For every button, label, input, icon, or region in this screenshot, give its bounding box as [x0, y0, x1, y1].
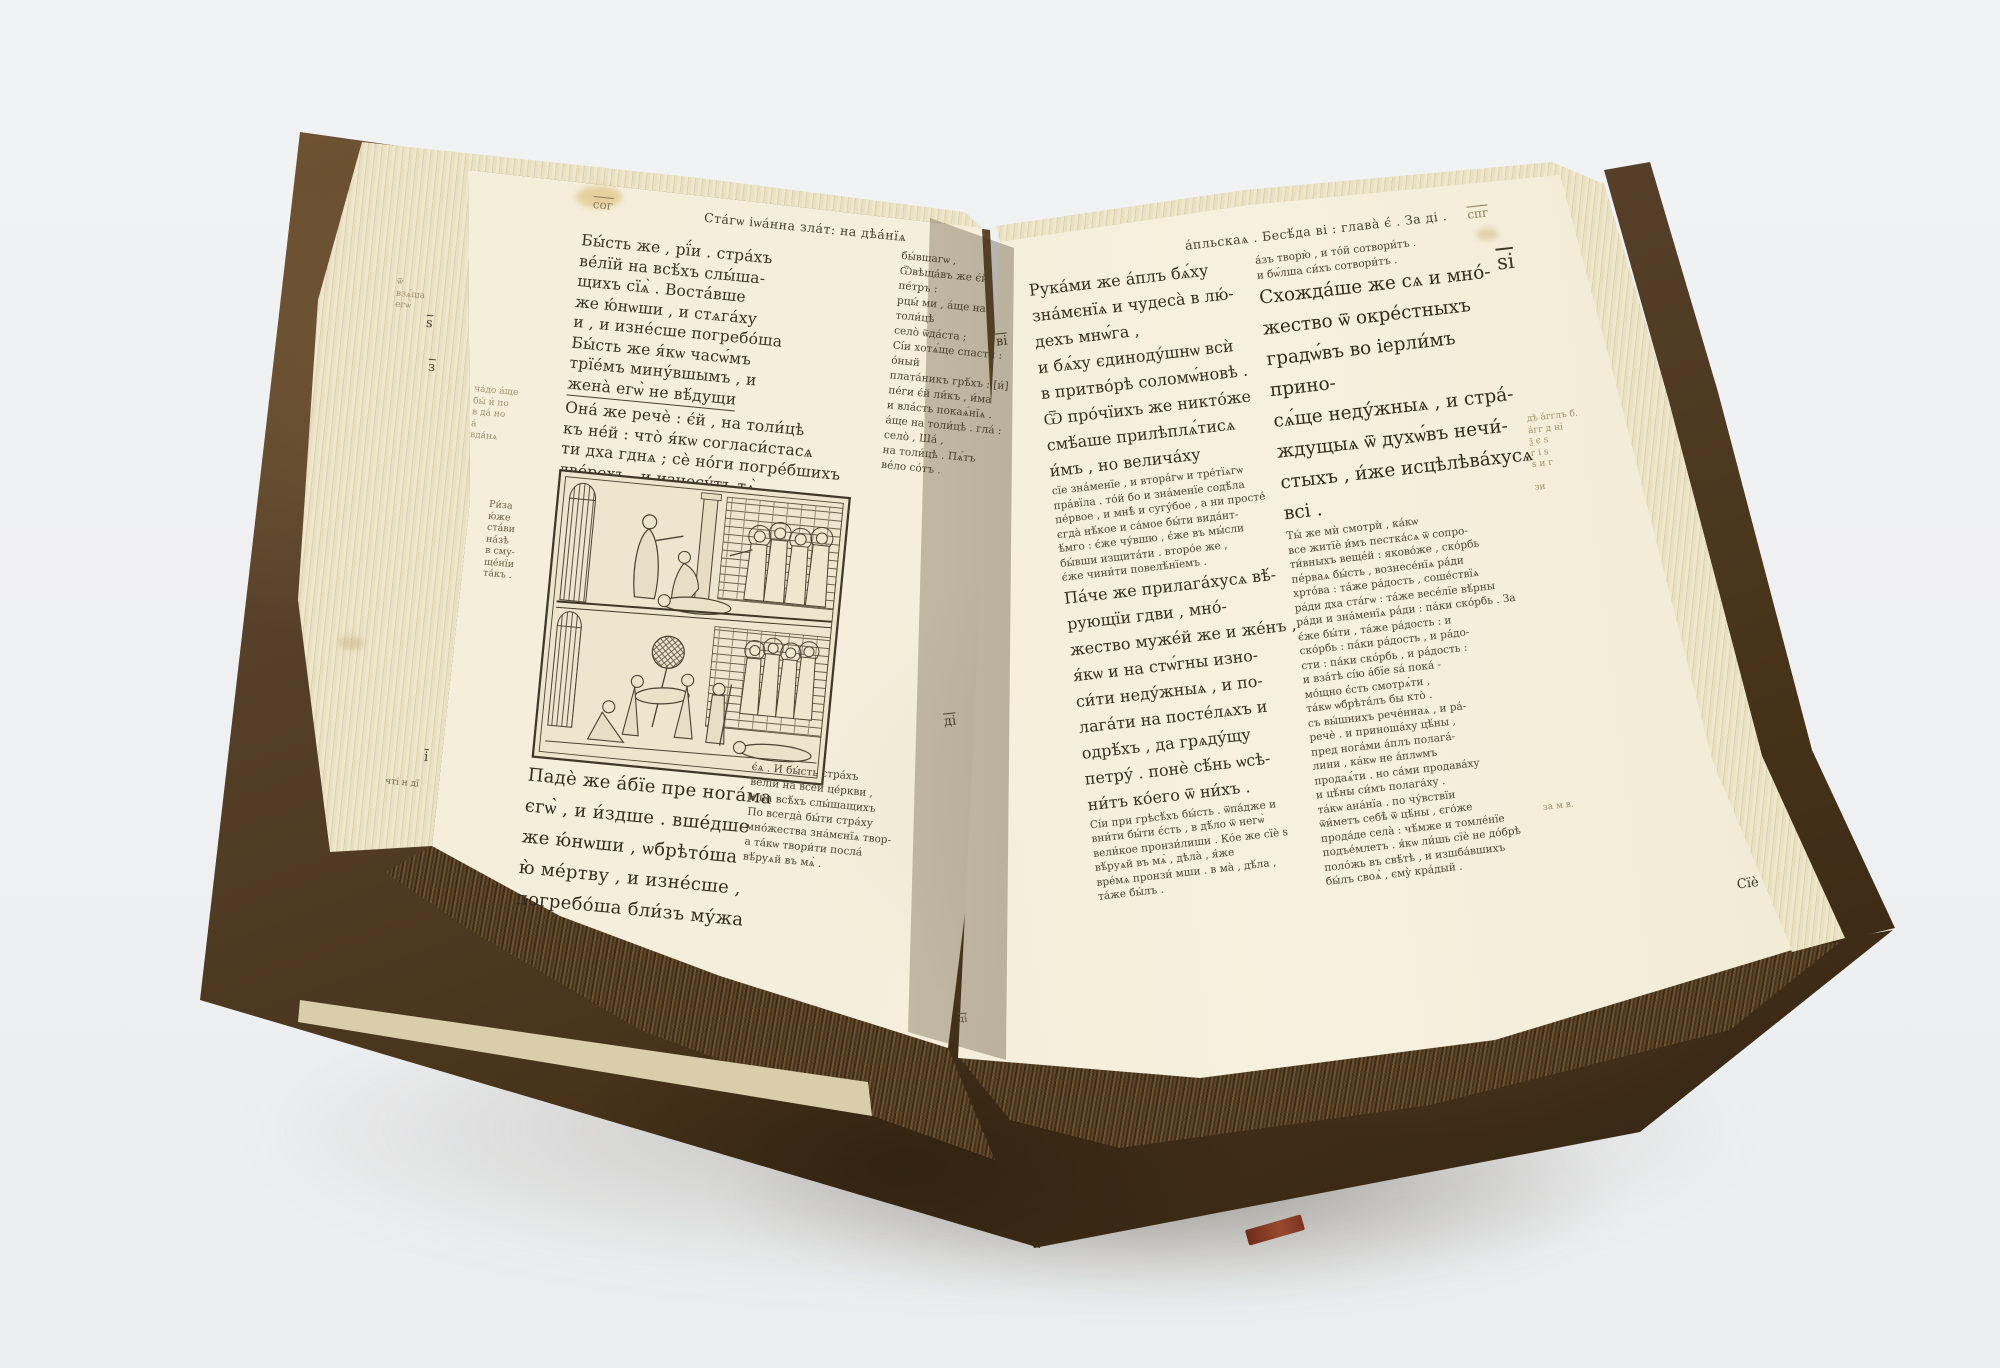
margin-note-right: дѣ а́гглъ б. а́гг д нї ѯ є ѕ г і ѕ ѕ и г… [1526, 405, 1615, 494]
right-page-content: а́пльскаѧ . Бесѣ́да ві : глава̀ є́ . За … [990, 157, 1877, 1052]
folio-number-left: сог [592, 197, 613, 213]
margin-note: ѿ взѧ́ша егѡ̀ [395, 277, 427, 314]
verse-mark-7: з [427, 360, 435, 376]
folio-number-right: спг [1467, 205, 1489, 221]
catchword: Сїѐ [1736, 875, 1759, 892]
scripture-text: Схожда́ше же сѧ и мно́- жество ѿ окре́ст… [1258, 253, 1544, 529]
paper-stain [338, 636, 364, 650]
scripture-text: Рука́ми же а́плъ бѧ́ху зна́мєнїѧ и чудес… [1028, 252, 1282, 485]
margin-note: ча́до а́ще бы́ и́ по в да́ но а́ вда́нѧ [470, 384, 519, 445]
verse-mark-16: ѕі [1496, 249, 1516, 275]
commentary-column-left-bottom: є́ѧ . И бы́сть стра́хъ ве́лїй на все́й ц… [742, 760, 901, 879]
woodcut-illustration [532, 469, 851, 786]
verse-mark-6: ѕ [425, 316, 433, 332]
scripture-column-left-top: Бы́сть же , рї́и . стра́хъ ве́лїй на всѣ… [558, 230, 898, 509]
photo-scene: сог Ста́гѡ іѡа́нна зла́т: на дѣа́нїѧ Бы́… [0, 0, 2000, 1368]
scripture-text: Па́че же прилага́хусѧ вѣ́- рующїи гдви ,… [1063, 559, 1320, 818]
commentary-text: Ты́ же мѝ смотрѝ , ка́кѡ все житїѐ и́мъ … [1286, 500, 1585, 890]
